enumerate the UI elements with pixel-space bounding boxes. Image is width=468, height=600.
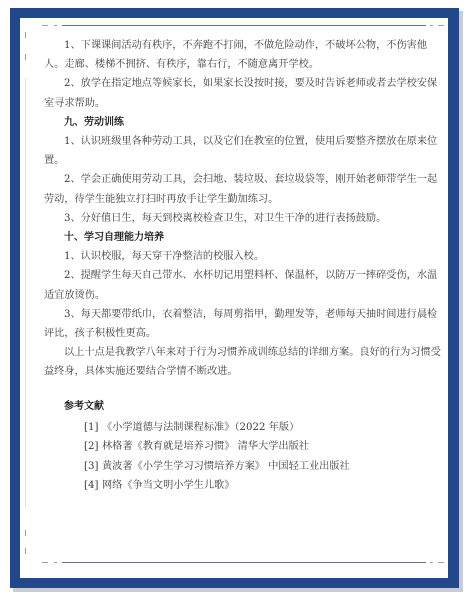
corner-mark <box>25 32 26 38</box>
paragraph: 3、每天都要带纸巾，衣着整洁，每周剪指甲，勤理发等，老师每天抽时间进行晨检评比，… <box>44 305 444 343</box>
paragraph: 2、放学在指定地点等候家长，如果家长没按时接，要及时告诉老师或者去学校安保室寻求… <box>44 74 444 112</box>
reference-number: [4] <box>44 476 102 496</box>
reference-text: 林格著《教育就是培养习惯》 清华大学出版社 <box>102 437 444 457</box>
corner-mark <box>25 548 26 554</box>
paragraph: 3、分好值日生，每天到校离校检查卫生，对卫生干净的进行表扬鼓励。 <box>44 209 444 228</box>
reference-item: [2] 林格著《教育就是培养习惯》 清华大学出版社 <box>44 437 444 457</box>
corner-mark <box>54 562 57 563</box>
paragraph: 2、学会正确使用劳动工具，会扫地、装垃圾、套垃圾袋等，刚开始老师带学生一起劳动，… <box>44 170 444 208</box>
reference-item: [3] 黄波著《小学生学习习惯培养方案》 中国轻工业出版社 <box>44 457 444 477</box>
section-heading: 十、学习自理能力培养 <box>44 228 444 247</box>
section-heading: 九、劳动训练 <box>44 113 444 132</box>
reference-item: [1] 《小学道德与法制课程标准》（2022 年版） <box>44 418 444 438</box>
paragraph: 1、认识校服，每天穿干净整洁的校服入校。 <box>44 247 444 266</box>
corner-mark <box>438 562 444 563</box>
corner-mark <box>438 25 444 26</box>
reference-text: 网络《争当文明小学生儿歌》 <box>102 476 444 496</box>
corner-mark <box>42 25 48 26</box>
references-section: 参考文献 [1] 《小学道德与法制课程标准》（2022 年版） [2] 林格著《… <box>44 396 444 496</box>
reference-item: [4] 网络《争当文明小学生儿歌》 <box>44 476 444 496</box>
references-title: 参考文献 <box>44 396 444 418</box>
corner-mark <box>54 25 57 26</box>
footer-rule <box>62 562 426 563</box>
corner-mark <box>25 530 26 536</box>
reference-number: [3] <box>44 457 102 477</box>
paragraph: 1、认识班级里各种劳动工具，以及它们在教室的位置，使用后要整齐摆放在原来位置。 <box>44 132 444 170</box>
document-page: 1、下课课间活动有秩序，不奔跑不打闹，不做危险动作，不破坏公物，不伤害他人。走廊… <box>20 18 448 578</box>
document-body: 1、下课课间活动有秩序，不奔跑不打闹，不做危险动作，不破坏公物，不伤害他人。走廊… <box>44 36 444 496</box>
corner-mark <box>430 25 433 26</box>
paragraph: 1、下课课间活动有秩序，不奔跑不打闹，不做危险动作，不破坏公物，不伤害他人。走廊… <box>44 36 444 74</box>
reference-text: 《小学道德与法制课程标准》（2022 年版） <box>102 418 444 438</box>
paragraph: 以上十点是我教学八年来对于行为习惯养成训练总结的详细方案。良好的行为习惯受益终身… <box>44 343 444 381</box>
corner-mark <box>25 54 26 60</box>
margin-guide <box>25 78 26 508</box>
reference-text: 黄波著《小学生学习习惯培养方案》 中国轻工业出版社 <box>102 457 444 477</box>
corner-mark <box>430 562 433 563</box>
corner-mark <box>42 562 48 563</box>
reference-number: [1] <box>44 418 102 438</box>
paragraph: 2、提醒学生每天自己带水、水杯切记用塑料杯、保温杯，以防万一摔碎受伤，水温适宜放… <box>44 266 444 304</box>
header-rule <box>62 25 426 26</box>
reference-number: [2] <box>44 437 102 457</box>
